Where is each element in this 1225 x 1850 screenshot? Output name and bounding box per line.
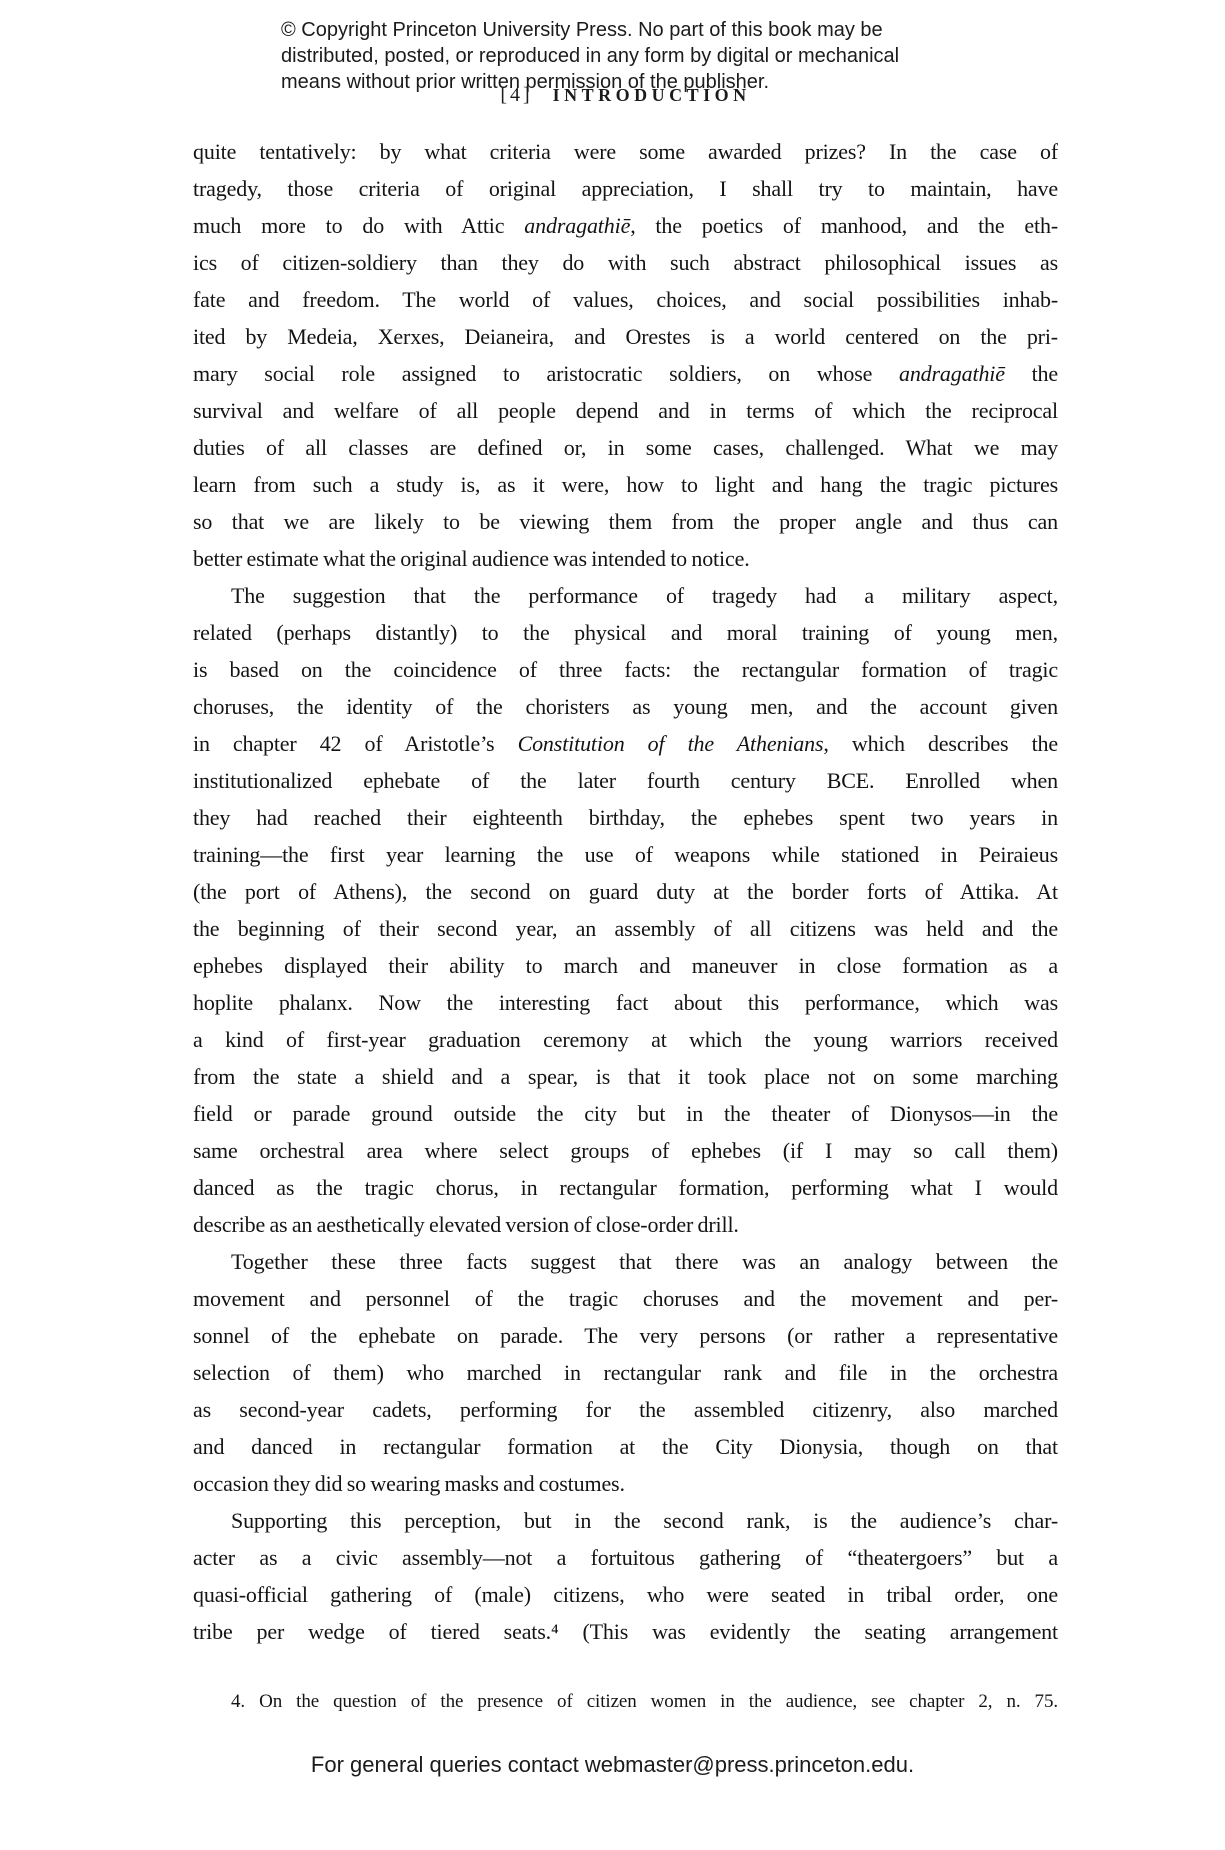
text-line: ited by Medeia, Xerxes, Deianeira, and O…: [193, 318, 1058, 355]
text-line: is based on the coincidence of three fac…: [193, 651, 1058, 688]
text-line: related (perhaps distantly) to the physi…: [193, 614, 1058, 651]
footnote: 4. On the question of the presence of ci…: [193, 1689, 1058, 1715]
footer-contact-line: For general queries contact webmaster@pr…: [0, 1752, 1225, 1778]
text-line: a kind of first-year graduation ceremony…: [193, 1021, 1058, 1058]
text-line: and danced in rectangular formation at t…: [193, 1428, 1058, 1465]
chapter-title: INTRODUCTION: [553, 85, 751, 105]
text-line: field or parade ground outside the city …: [193, 1095, 1058, 1132]
text-line: from the state a shield and a spear, is …: [193, 1058, 1058, 1095]
text-line: ics of citizen-soldiery than they do wit…: [193, 244, 1058, 281]
text-line: training—the first year learning the use…: [193, 836, 1058, 873]
text-line: as second-year cadets, performing for th…: [193, 1391, 1058, 1428]
text-line: tribe per wedge of tiered seats.⁴ (This …: [193, 1613, 1058, 1650]
text-line: survival and welfare of all people depen…: [193, 392, 1058, 429]
text-line: Together these three facts suggest that …: [193, 1243, 1058, 1280]
text-line: much more to do with Attic andragathiē, …: [193, 207, 1058, 244]
text-line: The suggestion that the performance of t…: [193, 577, 1058, 614]
running-head: [4]INTRODUCTION: [193, 84, 1058, 107]
body-text: quite tentatively: by what criteria were…: [193, 133, 1058, 1650]
paragraph-4: Supporting this perception, but in the s…: [193, 1502, 1058, 1650]
text-line: (the port of Athens), the second on guar…: [193, 873, 1058, 910]
paragraph-2: The suggestion that the performance of t…: [193, 577, 1058, 1243]
text-line: acter as a civic assembly—not a fortuito…: [193, 1539, 1058, 1576]
text-line: learn from such a study is, as it were, …: [193, 466, 1058, 503]
text-line: so that we are likely to be viewing them…: [193, 503, 1058, 540]
text-line: describe as an aesthetically elevated ve…: [193, 1206, 1058, 1243]
text-line: they had reached their eighteenth birthd…: [193, 799, 1058, 836]
book-page: © Copyright Princeton University Press. …: [0, 0, 1225, 1850]
page-number: [4]: [500, 84, 532, 106]
text-line: occasion they did so wearing masks and c…: [193, 1465, 1058, 1502]
text-line: tragedy, those criteria of original appr…: [193, 170, 1058, 207]
paragraph-3: Together these three facts suggest that …: [193, 1243, 1058, 1502]
text-line: in chapter 42 of Aristotle’s Constitutio…: [193, 725, 1058, 762]
copyright-line-2: distributed, posted, or reproduced in an…: [281, 43, 899, 69]
text-line: choruses, the identity of the choristers…: [193, 688, 1058, 725]
text-line: Supporting this perception, but in the s…: [193, 1502, 1058, 1539]
text-line: hoplite phalanx. Now the interesting fac…: [193, 984, 1058, 1021]
text-line: quite tentatively: by what criteria were…: [193, 133, 1058, 170]
text-line: duties of all classes are defined or, in…: [193, 429, 1058, 466]
text-line: fate and freedom. The world of values, c…: [193, 281, 1058, 318]
text-line: the beginning of their second year, an a…: [193, 910, 1058, 947]
paragraph-1: quite tentatively: by what criteria were…: [193, 133, 1058, 577]
text-line: ephebes displayed their ability to march…: [193, 947, 1058, 984]
text-line: quasi-official gathering of (male) citiz…: [193, 1576, 1058, 1613]
text-line: institutionalized ephebate of the later …: [193, 762, 1058, 799]
copyright-line-1: © Copyright Princeton University Press. …: [281, 17, 899, 43]
text-line: danced as the tragic chorus, in rectangu…: [193, 1169, 1058, 1206]
text-line: movement and personnel of the tragic cho…: [193, 1280, 1058, 1317]
text-line: better estimate what the original audien…: [193, 540, 1058, 577]
text-line: mary social role assigned to aristocrati…: [193, 355, 1058, 392]
text-line: sonnel of the ephebate on parade. The ve…: [193, 1317, 1058, 1354]
text-line: selection of them) who marched in rectan…: [193, 1354, 1058, 1391]
text-line: same orchestral area where select groups…: [193, 1132, 1058, 1169]
